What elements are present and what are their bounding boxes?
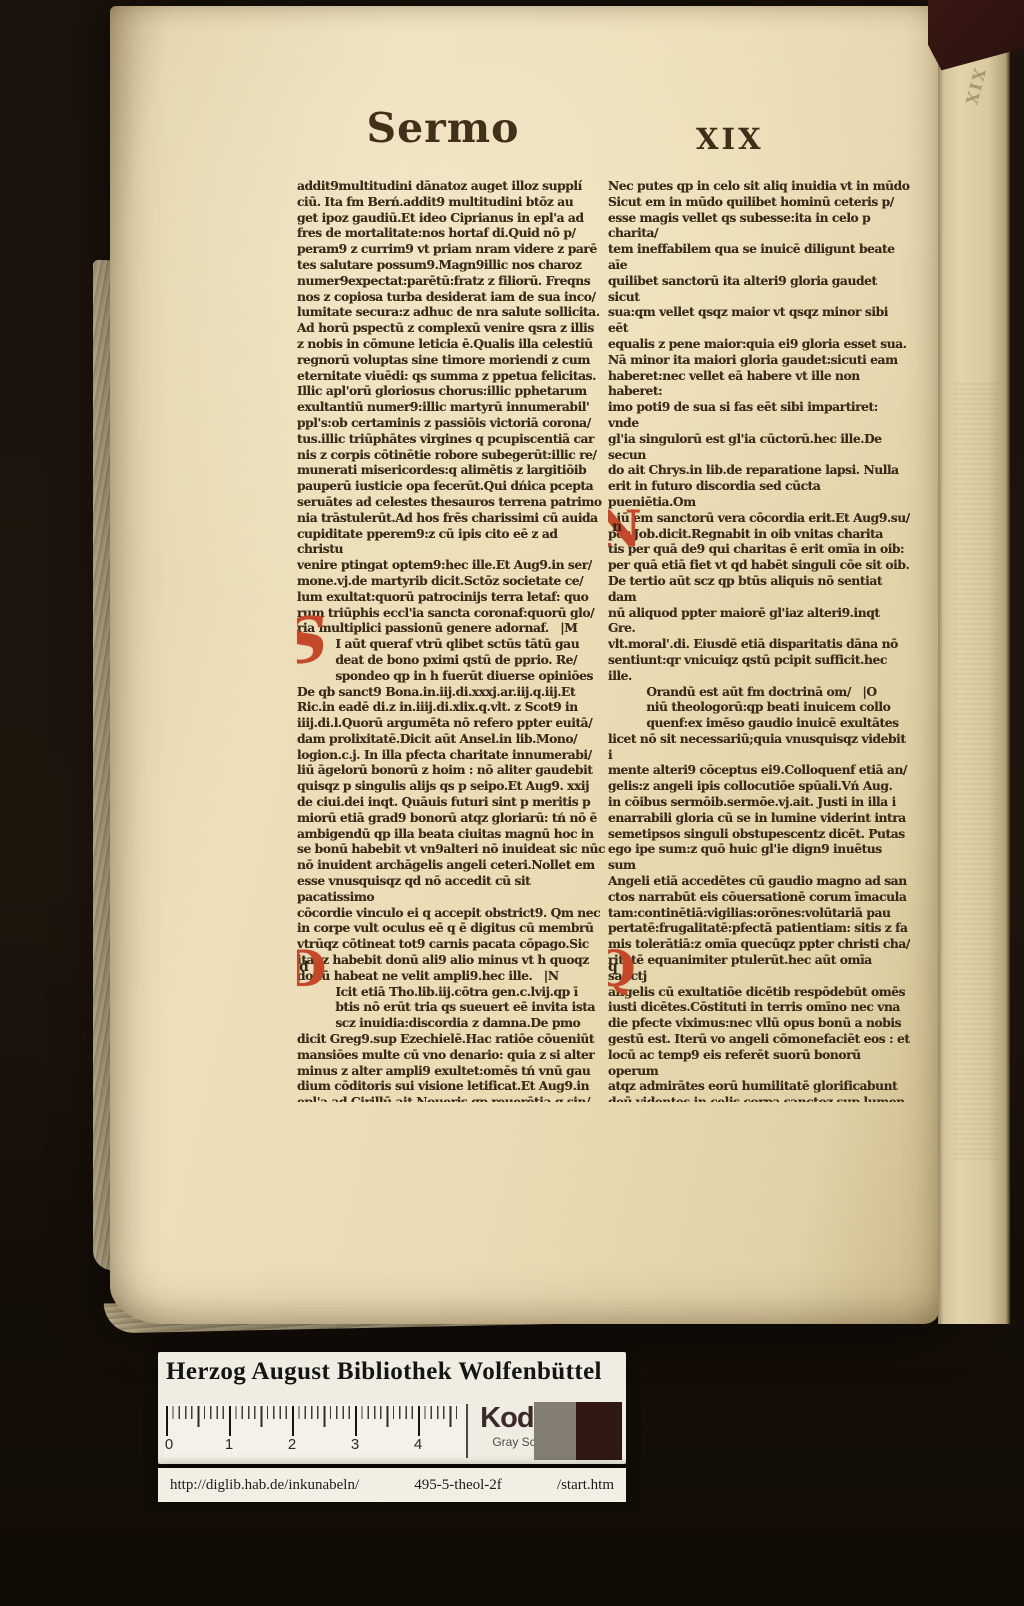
column-text: addit9multitudini dānatoz auget illoz su…	[297, 178, 607, 1102]
edge-folio-number: XIX	[961, 67, 989, 109]
grayscale-patch-dark	[576, 1402, 622, 1460]
guide-letter: d	[299, 960, 309, 974]
library-name: Herzog August Bibliothek Wolfenbüttel	[166, 1358, 618, 1386]
rubric-initial-N: N n	[608, 504, 642, 554]
rubric-initial-Q: Q q	[608, 944, 636, 994]
url-prefix: http://diglib.hab.de/inkunabeln/	[170, 1477, 359, 1494]
page-title: Sermo	[348, 104, 538, 152]
url-strip: http://diglib.hab.de/inkunabeln/ 495-5-t…	[158, 1468, 626, 1502]
guide-letter: n	[612, 520, 622, 534]
ruler-number-2: 2	[285, 1436, 299, 1453]
guide-letter: q	[608, 960, 618, 974]
rubric-initial-D: D d	[297, 944, 326, 994]
text-column-right: Nec putes qp in celo sit aliq inuidia vt…	[608, 178, 910, 1102]
book-page: Sermo XIX addit9multitudini dānatoz auge…	[110, 6, 940, 1324]
shelfmark: 495-5-theol-2f	[414, 1477, 501, 1494]
ruler-number-4: 4	[411, 1436, 425, 1453]
library-label-card: Herzog August Bibliothek Wolfenbüttel 0 …	[158, 1352, 626, 1464]
ruler: 0 1 2 3 4	[164, 1404, 468, 1458]
folio-number: XIX	[696, 122, 764, 156]
ruler-ticks	[166, 1406, 462, 1438]
grayscale-patches	[534, 1402, 622, 1460]
url-suffix: /start.htm	[557, 1477, 614, 1494]
ruler-number-0: 0	[162, 1436, 176, 1453]
column-text: Nec putes qp in celo sit aliq inuidia vt…	[608, 178, 910, 1102]
text-show-through	[954, 380, 998, 1160]
text-column-left: addit9multitudini dānatoz auget illoz su…	[297, 178, 607, 1102]
fore-edge: XIX	[938, 0, 1010, 1324]
grayscale-patch-gray	[534, 1402, 576, 1460]
ruler-number-1: 1	[222, 1436, 236, 1453]
photo-scene: Sermo XIX addit9multitudini dānatoz auge…	[0, 0, 1024, 1606]
ruler-number-3: 3	[348, 1436, 362, 1453]
